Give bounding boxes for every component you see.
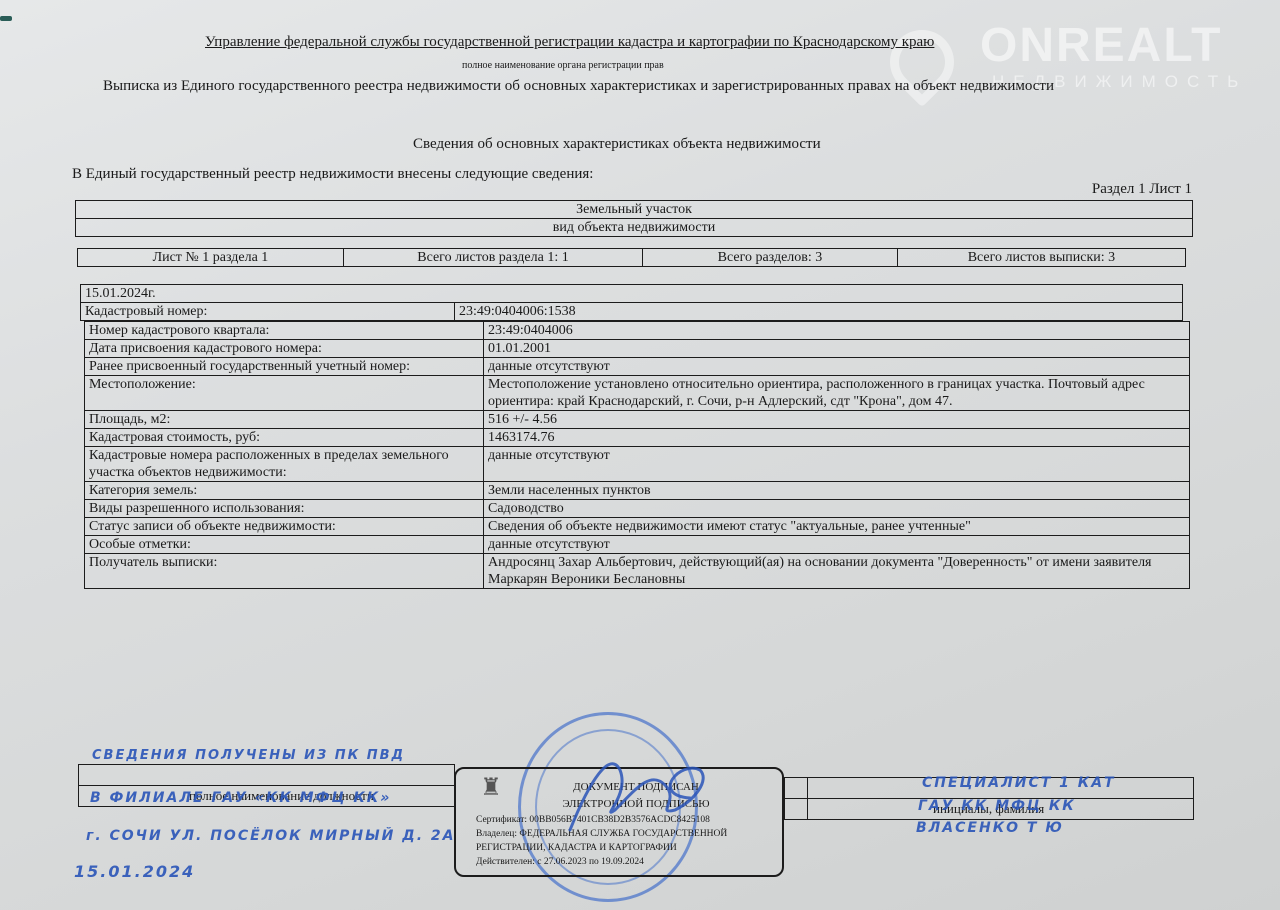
row-label: Особые отметки:	[85, 536, 484, 554]
stamp-specialist-name: ВЛАСЕНКО Т Ю	[916, 820, 1064, 836]
row-value: 1463174.76	[484, 429, 1190, 447]
row-label: Площадь, м2:	[85, 411, 484, 429]
identity-table: 15.01.2024г. Кадастровый номер: 23:49:04…	[80, 284, 1183, 321]
row-value: Местоположение установлено относительно …	[484, 376, 1190, 411]
table-row: Кадастровая стоимость, руб:1463174.76	[85, 429, 1190, 447]
row-label: Виды разрешенного использования:	[85, 500, 484, 518]
cadastral-number: 23:49:0404006:1538	[455, 303, 1183, 321]
total-sections: Всего разделов: 3	[643, 249, 898, 267]
row-label: Категория земель:	[85, 482, 484, 500]
stamp-address-line: г. СОЧИ УЛ. ПОСЁЛОК МИРНЫЙ Д. 2А	[86, 828, 455, 844]
row-value: 23:49:0404006	[484, 322, 1190, 340]
table-row: Номер кадастрового квартала:23:49:040400…	[85, 322, 1190, 340]
sheet-info-table: Лист № 1 раздела 1 Всего листов раздела …	[77, 248, 1186, 267]
cadastral-number-label: Кадастровый номер:	[81, 303, 455, 321]
object-type-table: Земельный участок вид объекта недвижимос…	[75, 200, 1193, 237]
section-reference: Раздел 1 Лист 1	[1092, 181, 1192, 198]
row-value: Садоводство	[484, 500, 1190, 518]
table-row: Получатель выписки:Андросянц Захар Альбе…	[85, 554, 1190, 589]
row-value: данные отсутствуют	[484, 536, 1190, 554]
document-title: Выписка из Единого государственного реес…	[103, 78, 1054, 95]
row-value: данные отсутствуют	[484, 358, 1190, 376]
object-type: Земельный участок	[76, 201, 1193, 219]
row-label: Местоположение:	[85, 376, 484, 411]
row-label: Статус записи об объекте недвижимости:	[85, 518, 484, 536]
row-value: Земли населенных пунктов	[484, 482, 1190, 500]
row-label: Кадастровые номера расположенных в преде…	[85, 447, 484, 482]
section-title: Сведения об основных характеристиках объ…	[413, 136, 821, 153]
pen-tip-mark	[0, 16, 12, 21]
stamp-specialist-title: СПЕЦИАЛИСТ 1 КАТ	[922, 775, 1116, 791]
row-label: Ранее присвоенный государственный учетны…	[85, 358, 484, 376]
table-row: Категория земель:Земли населенных пункто…	[85, 482, 1190, 500]
table-row: Ранее присвоенный государственный учетны…	[85, 358, 1190, 376]
table-row: Статус записи об объекте недвижимости:Св…	[85, 518, 1190, 536]
extract-date: 15.01.2024г.	[81, 285, 1183, 303]
total-sheets-section: Всего листов раздела 1: 1	[343, 249, 642, 267]
stamp-source-line: СВЕДЕНИЯ ПОЛУЧЕНЫ ИЗ ПК ПВД	[92, 748, 405, 763]
stamp-specialist-org: ГАУ КК МФЦ КК	[918, 798, 1076, 814]
characteristics-table: Номер кадастрового квартала:23:49:040400…	[84, 321, 1190, 589]
table-row: Местоположение:Местоположение установлен…	[85, 376, 1190, 411]
table-row: Кадастровые номера расположенных в преде…	[85, 447, 1190, 482]
row-label: Кадастровая стоимость, руб:	[85, 429, 484, 447]
esign-valid: Действителен: с 27.06.2023 по 19.09.2024	[476, 855, 727, 869]
row-value: 01.01.2001	[484, 340, 1190, 358]
intro-text: В Единый государственный реестр недвижим…	[72, 166, 593, 183]
row-label: Номер кадастрового квартала:	[85, 322, 484, 340]
handwritten-signature	[540, 740, 720, 850]
sheet-number: Лист № 1 раздела 1	[78, 249, 344, 267]
row-value: Сведения об объекте недвижимости имеют с…	[484, 518, 1190, 536]
total-sheets-extract: Всего листов выписки: 3	[897, 249, 1185, 267]
eagle-emblem-icon: ♜	[478, 772, 504, 804]
table-row: Особые отметки:данные отсутствуют	[85, 536, 1190, 554]
row-label: Дата присвоения кадастрового номера:	[85, 340, 484, 358]
row-label: Получатель выписки:	[85, 554, 484, 589]
table-row: Дата присвоения кадастрового номера:01.0…	[85, 340, 1190, 358]
object-type-caption: вид объекта недвижимости	[76, 219, 1193, 237]
registration-authority-caption: полное наименование органа регистрации п…	[462, 60, 664, 71]
registration-authority: Управление федеральной службы государств…	[205, 34, 934, 51]
row-value: Андросянц Захар Альбертович, действующий…	[484, 554, 1190, 589]
table-row: Виды разрешенного использования:Садоводс…	[85, 500, 1190, 518]
stamp-date: 15.01.2024	[74, 862, 195, 881]
stamp-branch-line: В ФИЛИАЛЕ ГАУ «КК МФЦ КК»	[90, 790, 391, 806]
table-row: Площадь, м2:516 +/- 4.56	[85, 411, 1190, 429]
row-value: данные отсутствуют	[484, 447, 1190, 482]
row-value: 516 +/- 4.56	[484, 411, 1190, 429]
